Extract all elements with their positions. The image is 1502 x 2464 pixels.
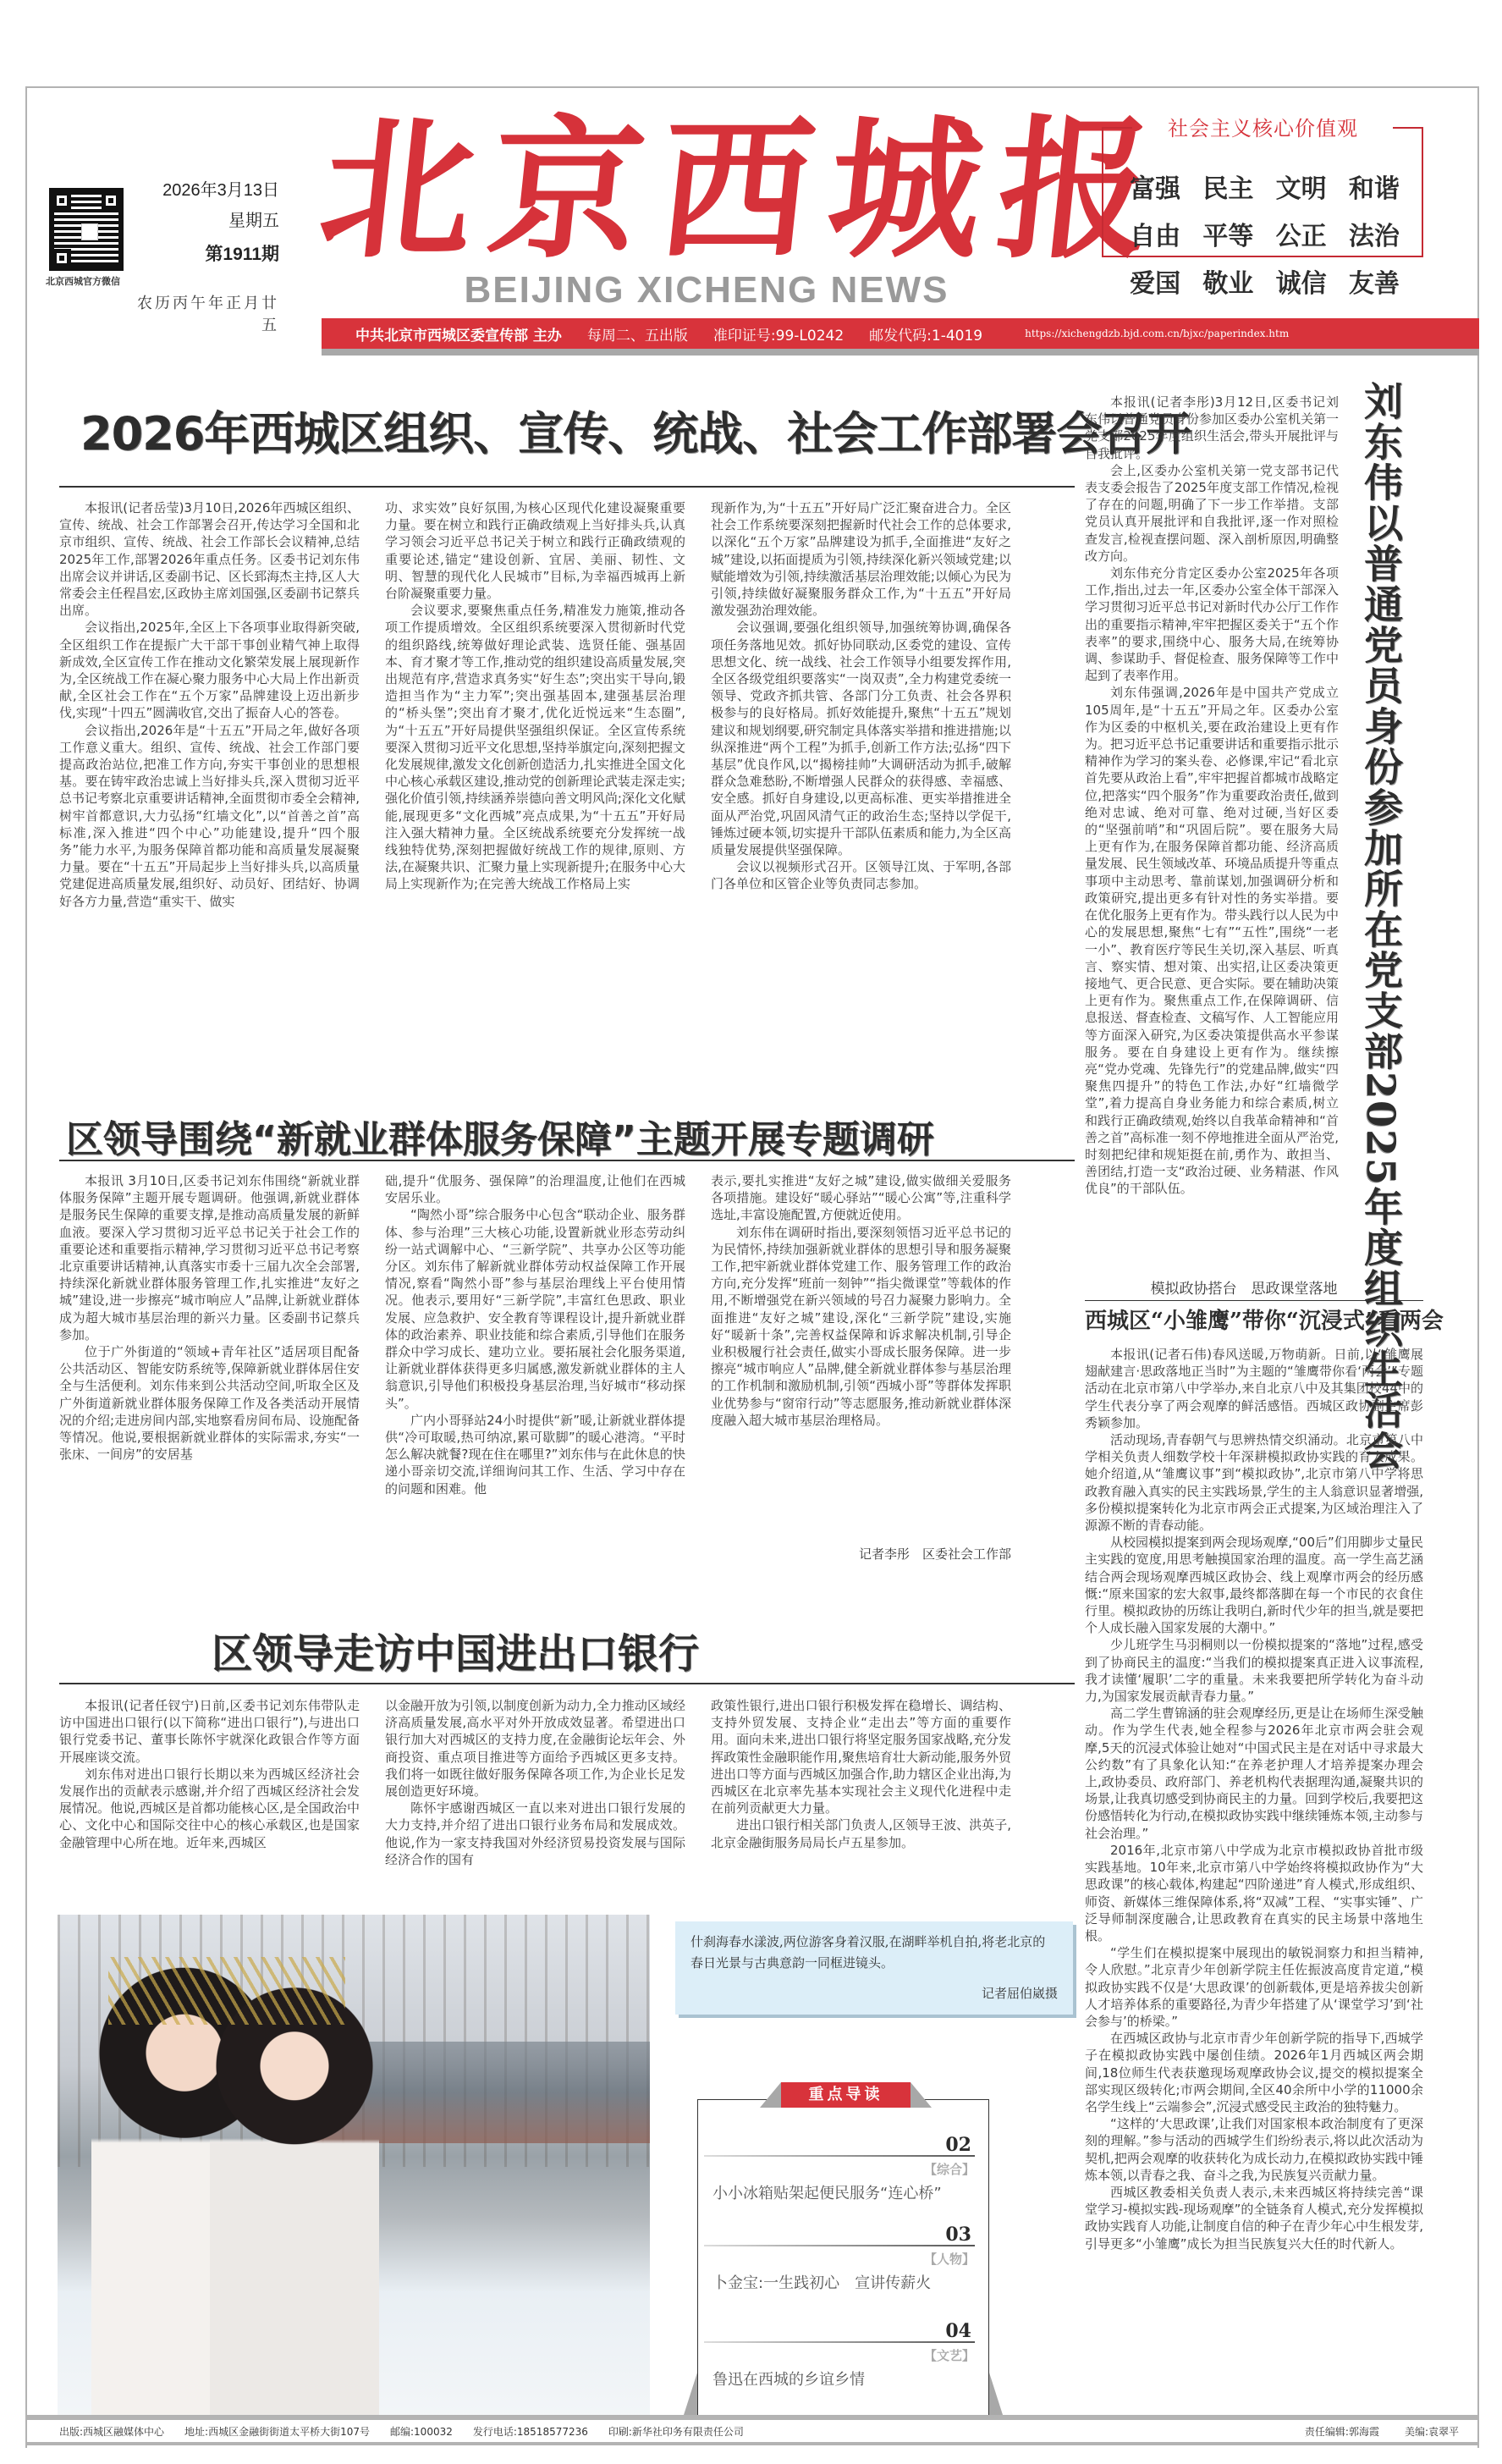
article-text: 政策性银行,进出口银行积极发挥在稳增长、调结构、支持外贸发展、支持企业“走出去”…	[711, 1697, 1011, 1816]
decor-wedge	[989, 2373, 1003, 2415]
article-text: 本报讯(记者任钗宁)日前,区委书记刘东伟带队走访中国进出口银行(以下简称“进出口…	[59, 1697, 360, 1766]
lunar-date: 农历丙午年正月廿五	[127, 291, 279, 335]
highlights-title: 重点导读	[781, 2082, 911, 2108]
article-headline[interactable]: 区领导围绕“新就业群体服务保障”主题开展专题调研	[66, 1109, 934, 1163]
article-paragraph: 会议以视频形式召开。区领导江岚、于军明,各部门各单位和区管企业等负责同志参加。	[711, 858, 1011, 892]
core-value: 文明	[1265, 168, 1338, 205]
article-column: 础,提升“优服务、强保障”的治理温度,让他们在西城安居乐业。“陶然小哥”综合服务…	[385, 1172, 685, 1566]
article-paragraph: 在西城区政协与北京市青少年创新学院的指导下,西城学子在模拟政协实践中屡创佳绩。2…	[1085, 2030, 1423, 2115]
article-text: 本报讯(记者岳莹)3月10日,2026年西城区组织、宣传、统战、社会工作部署会召…	[59, 499, 360, 619]
organizer: 中共北京市西城区委宣传部 主办	[355, 323, 562, 345]
article-paragraph: 刘东伟对进出口银行长期以来为西城区经济社会发展作出的贡献表示感谢,并介绍了西城区…	[59, 1766, 360, 1851]
article-kicker: 模拟政协搭台 思政课堂落地	[1100, 1276, 1388, 1298]
weekday: 星期五	[127, 208, 279, 234]
footer-phone: 发行电话:18518577236	[473, 2424, 588, 2439]
highlight-title[interactable]: 小小冰箱贴架起便民服务“连心桥”	[704, 2181, 975, 2203]
article-column: 表示,要扎实推进“友好之城”建设,做实做细关爱服务各项措施。建设好“暖心驿站”“…	[711, 1172, 1011, 1528]
core-value: 自由	[1119, 215, 1191, 252]
date-block: 2026年3月13日 星期五 第1911期	[127, 178, 279, 267]
divider	[704, 2155, 975, 2157]
article-paragraph: “学生们在模拟提案中展现出的敏锐洞察力和担当精神,令人欣慰。”北京青少年创新学院…	[1085, 1944, 1423, 2030]
article-text: 功、求实效”良好氛围,为核心区现代化建设凝聚重要力量。要在树立和践行正确政绩观上…	[385, 499, 685, 602]
article-paragraph: 位于广外街道的“领域+青年社区”适居项目配备公共活动区、智能安防系统等,保障新就…	[59, 1343, 360, 1463]
article-paragraph: 高二学生曹锦涵的驻会观摩经历,更是让在场师生深受触动。作为学生代表,她全程参与2…	[1085, 1705, 1423, 1842]
page-footer: 出版:西城区融媒体中心 地址:西城区金融街街道太平桥大街107号 邮编:1000…	[25, 2420, 1479, 2445]
issue-number: 第1911期	[127, 242, 279, 267]
core-value: 民主	[1191, 168, 1264, 205]
highlight-item[interactable]: 02 【综合】 小小冰箱贴架起便民服务“连心桥”	[704, 2135, 975, 2203]
article-column: 本报讯(记者李彤)3月12日,区委书记刘东伟以普通党员身份参加区委办公室机关第一…	[1085, 394, 1339, 1274]
decor-wedge	[760, 2082, 781, 2108]
photo-person	[210, 1965, 379, 2418]
section-label: 【人物】	[704, 2250, 975, 2268]
article-paragraph: 2016年,北京市第八中学成为北京市模拟政协首批市级实践基地。10年来,北京市第…	[1085, 1842, 1423, 1944]
headline-rule	[59, 1683, 1075, 1684]
article-text: 现新作为,为“十五五”开好局广泛汇聚奋进合力。全区社会工作系统要深刻把握新时代社…	[711, 499, 1011, 619]
article-headline[interactable]: 西城区“小雏鹰”带你“沉浸式”看两会	[1085, 1304, 1423, 1335]
publish-date: 2026年3月13日	[127, 178, 279, 203]
article-paragraph: 活动现场,青春朝气与思辨热情交织涌动。北京市第八中学相关负责人细数学校十年深耕模…	[1085, 1431, 1423, 1534]
publication-schedule: 每周二、五出版	[587, 323, 688, 345]
headline-rule	[59, 1160, 1075, 1161]
core-value: 富强	[1119, 168, 1191, 205]
page-number: 02	[704, 2135, 975, 2155]
article-paragraph: 会议强调,要强化组织领导,加强统筹协调,确保各项任务落地见效。抓好协同联动,区委…	[711, 619, 1011, 858]
photo-credit: 记者屈伯崴摄	[982, 1983, 1058, 2004]
article-text: 本报讯(记者李彤)3月12日,区委书记刘东伟以普通党员身份参加区委办公室机关第一…	[1085, 394, 1339, 462]
section-label: 【文艺】	[704, 2346, 975, 2364]
print-permit: 准印证号:99-L0242	[713, 323, 844, 345]
core-value: 平等	[1191, 215, 1264, 252]
photo-caption: 什刹海春水漾波,两位游客身着汉服,在湖畔举机自拍,将老北京的春日光景与古典意韵一…	[675, 1921, 1073, 2015]
highlight-item[interactable]: 03 【人物】 卜金宝:一生践初心 宣讲传薪火	[704, 2224, 975, 2293]
page-number: 03	[704, 2224, 975, 2245]
article-paragraph: 会议指出,2025年,全区上下各项事业取得新突破,全区组织工作在提振广大干部干事…	[59, 619, 360, 721]
article-paragraph: 会议要求,要聚焦重点任务,精准发力施策,推动各项工作提质增效。全区组织系统要深入…	[385, 602, 685, 892]
qr-caption: 北京西城官方微信	[46, 274, 120, 288]
photo-headdress	[108, 1957, 345, 2025]
core-value: 诚信	[1265, 262, 1338, 300]
qr-code[interactable]	[49, 188, 124, 271]
article-paragraph: “陶然小哥”综合服务中心包含“联动企业、服务群体、参与治理”三大核心功能,设置新…	[385, 1206, 685, 1411]
footer-editor: 责任编辑:郭海霞	[1305, 2424, 1379, 2439]
article-column: 功、求实效”良好氛围,为核心区现代化建设凝聚重要力量。要在树立和践行正确政绩观上…	[385, 499, 685, 1041]
article-paragraph: 刘东伟在调研时指出,要深刻领悟习近平总书记的为民情怀,持续加强新就业群体的思想引…	[711, 1224, 1011, 1429]
section-label: 【综合】	[704, 2160, 975, 2178]
footer-publisher: 出版:西城区融媒体中心	[59, 2424, 164, 2439]
divider	[704, 2245, 975, 2246]
core-value: 敬业	[1191, 262, 1264, 300]
core-values-title: 社会主义核心价值观	[1142, 112, 1384, 141]
core-value: 法治	[1338, 215, 1411, 252]
article-text: 以金融开放为引领,以制度创新为动力,全力推动区域经济高质量发展,高水平对外开放成…	[385, 1697, 685, 1800]
core-values-grid: 富强 民主 文明 和谐 自由 平等 公正 法治 爱国 敬业 诚信 友善	[1119, 168, 1411, 300]
article-column: 本报讯(记者任钗宁)日前,区委书记刘东伟带队走访中国进出口银行(以下简称“进出口…	[59, 1697, 360, 1892]
article-text: 本报讯(记者石伟)春风送暖,万物萌新。日前,以“雏鹰展翅献建言·思政落地正当时”…	[1085, 1346, 1423, 1431]
core-value: 爱国	[1119, 262, 1191, 300]
decor-wedge	[684, 2373, 697, 2415]
article-paragraph: 进出口银行相关部门负责人,区领导王波、洪英子,北京金融街服务局局长卢五星参加。	[711, 1816, 1011, 1850]
article-column: 以金融开放为引领,以制度创新为动力,全力推动区域经济高质量发展,高水平对外开放成…	[385, 1697, 685, 1892]
article-column: 本报讯(记者石伟)春风送暖,万物萌新。日前,以“雏鹰展翅献建言·思政落地正当时”…	[1085, 1346, 1423, 2404]
article-paragraph: 刘东伟充分肯定区委办公室2025年各项工作,指出,过去一年,区委办公室全体干部深…	[1085, 565, 1339, 684]
article-paragraph: 少儿班学生马羽桐则以一份模拟提案的“落地”过程,感受到了协商民主的温度:“当我们…	[1085, 1636, 1423, 1705]
core-value: 和谐	[1338, 168, 1411, 205]
article-column: 现新作为,为“十五五”开好局广泛汇聚奋进合力。全区社会工作系统要深刻把握新时代社…	[711, 499, 1011, 1041]
article-column: 本报讯(记者岳莹)3月10日,2026年西城区组织、宣传、统战、社会工作部署会召…	[59, 499, 360, 1041]
footer-designer: 美编:袁翠平	[1405, 2424, 1459, 2439]
divider	[322, 349, 1479, 356]
newspaper-logo-english: BEIJING XICHENG NEWS	[372, 269, 1041, 311]
article-column: 政策性银行,进出口银行积极发挥在稳增长、调结构、支持外贸发展、支持企业“走出去”…	[711, 1697, 1011, 1892]
core-value: 公正	[1265, 215, 1338, 252]
qr-finder-icon	[102, 191, 120, 210]
article-headline[interactable]: 区领导走访中国进出口银行	[212, 1621, 699, 1679]
page-number: 04	[704, 2321, 975, 2341]
article-headline[interactable]: 2026年西城区组织、宣传、统战、社会工作部署会召开	[80, 398, 1191, 463]
highlight-title[interactable]: 卜金宝:一生践初心 宣讲传薪火	[704, 2271, 975, 2293]
postal-code: 邮发代码:1-4019	[869, 323, 982, 345]
article-paragraph: 会上,区委办公室机关第一党支部书记代表支委会报告了2025年度支部工作情况,检视…	[1085, 462, 1339, 565]
byline: 记者李彤 区委社会工作部	[711, 1545, 1011, 1563]
article-paragraph: 陈怀宇感谢西城区一直以来对进出口银行发展的大力支持,并介绍了进出口银行业务布局和…	[385, 1800, 685, 1868]
core-value: 友善	[1338, 262, 1411, 300]
kicker-rule	[1085, 1300, 1423, 1301]
article-paragraph: 西城区教委相关负责人表示,未来西城区将持续完善“课堂学习-模拟实践-现场观摩”的…	[1085, 2184, 1423, 2252]
article-text: 础,提升“优服务、强保障”的治理温度,让他们在西城安居乐业。	[385, 1172, 685, 1206]
article-paragraph: 广内小哥驿站24小时提供“新”暖,让新就业群体提供“冷可取暖,热可纳凉,累可歇脚…	[385, 1412, 685, 1497]
article-paragraph: 刘东伟强调,2026年是中国共产党成立105周年,是“十五五”开局之年。区委办公…	[1085, 684, 1339, 1197]
article-paragraph: 会议指出,2026年是“十五五”开局之年,做好各项工作意义重大。组织、宣传、统战…	[59, 722, 360, 910]
article-paragraph: 从校园模拟提案到两会现场观摩,“00后”们用脚步丈量民主实践的宽度,用思考触摸国…	[1085, 1534, 1423, 1636]
highlight-title[interactable]: 鲁迅在西城的乡谊乡情	[704, 2368, 975, 2390]
article-text: 表示,要扎实推进“友好之城”建设,做实做细关爱服务各项措施。建设好“暖心驿站”“…	[711, 1172, 1011, 1224]
newspaper-logo: 北京西城报	[312, 106, 1083, 275]
wechat-logo-icon	[81, 223, 98, 240]
highlight-item[interactable]: 04 【文艺】 鲁迅在西城的乡谊乡情	[704, 2321, 975, 2390]
caption-text: 什刹海春水漾波,两位游客身着汉服,在湖畔举机自拍,将老北京的春日光景与古典意韵一…	[690, 1934, 1045, 1971]
qr-finder-icon	[52, 249, 71, 267]
divider	[704, 2341, 975, 2343]
decor-wedge	[911, 2082, 932, 2108]
news-photo[interactable]	[58, 1915, 650, 2418]
publication-info-bar: 中共北京市西城区委宣传部 主办 每周二、五出版 准印证号:99-L0242 邮发…	[322, 318, 1479, 349]
headline-rule	[59, 486, 1075, 488]
footer-address: 地址:西城区金融街街道太平桥大街107号	[184, 2424, 370, 2439]
footer-printer: 印刷:新华社印务有限责任公司	[608, 2424, 744, 2439]
article-paragraph: “这样的‘大思政课’,让我们对国家根本政治制度有了更深刻的理解。”参与活动的西城…	[1085, 2115, 1423, 2184]
footer-zip: 邮编:100032	[390, 2424, 453, 2439]
paper-url-link[interactable]: https://xichengdzb.bjd.com.cn/bjxc/paper…	[1025, 328, 1289, 339]
article-text: 本报讯 3月10日,区委书记刘东伟围绕“新就业群体服务保障”主题开展专题调研。他…	[59, 1172, 360, 1343]
article-column: 本报讯 3月10日,区委书记刘东伟围绕“新就业群体服务保障”主题开展专题调研。他…	[59, 1172, 360, 1566]
qr-finder-icon	[52, 191, 71, 210]
